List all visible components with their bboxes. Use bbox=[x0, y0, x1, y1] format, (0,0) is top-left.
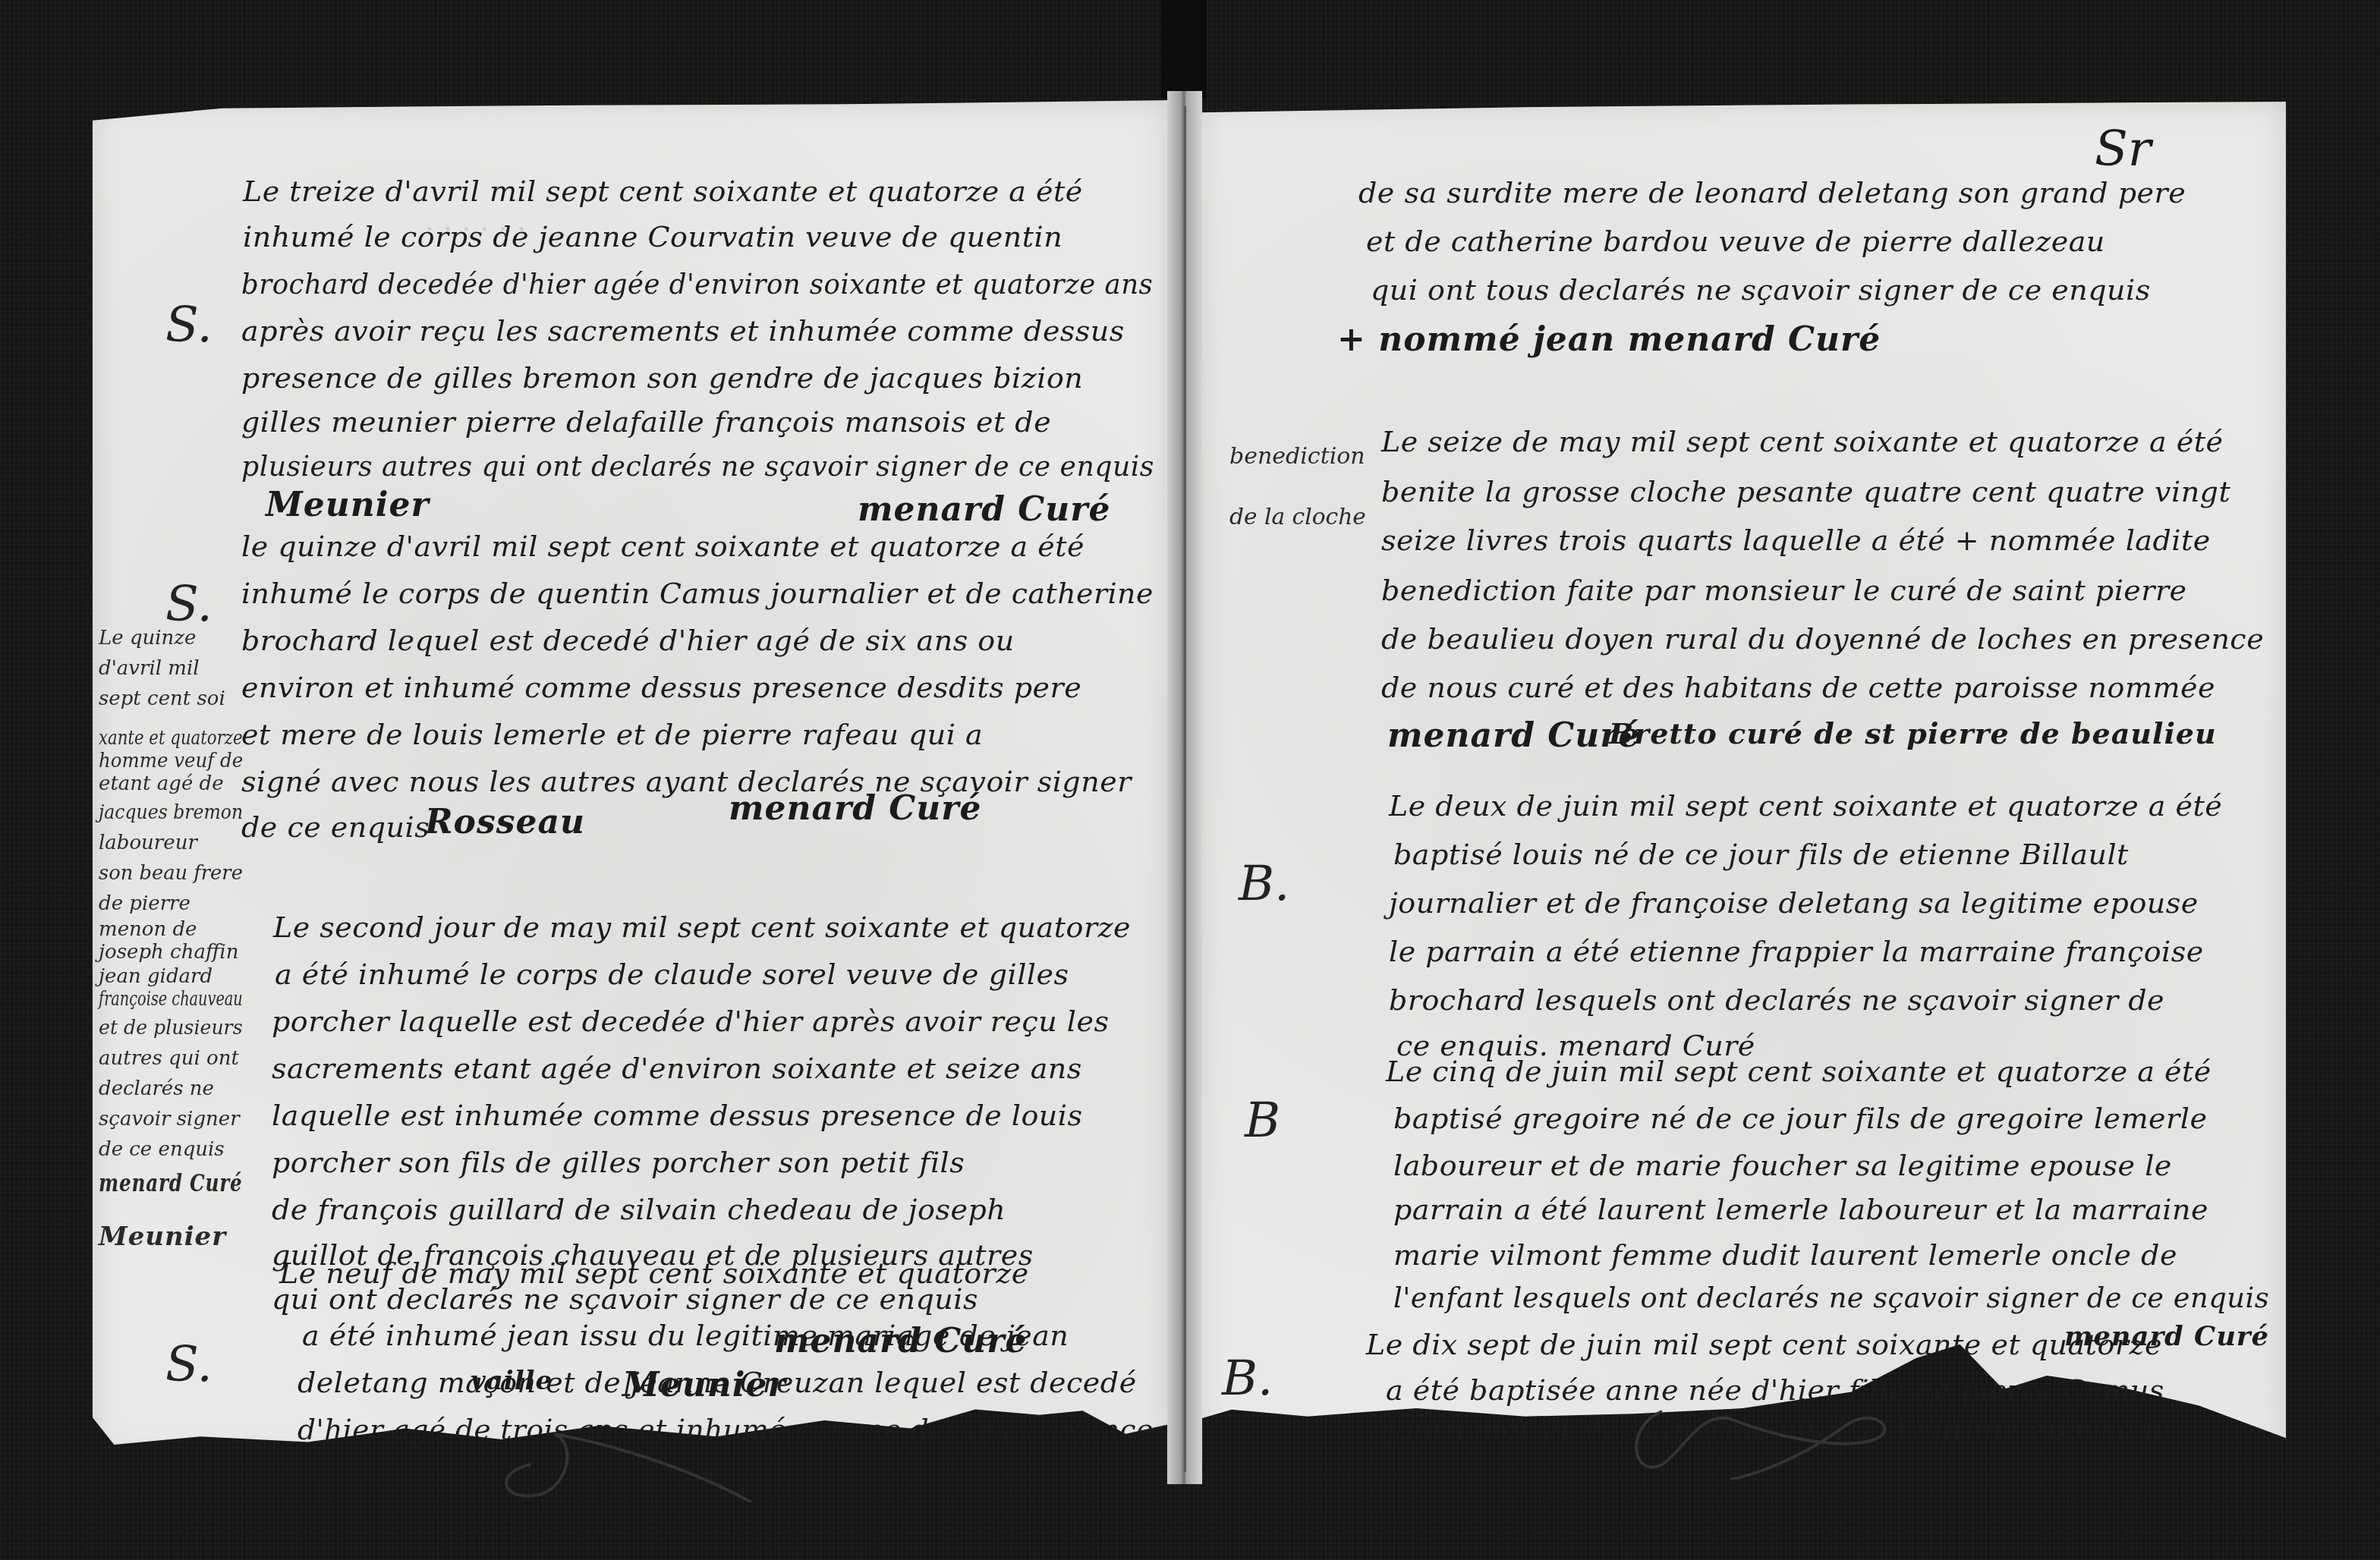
entry-line: le parrain a été etienne frappier la mar… bbox=[1389, 935, 2204, 968]
margin-note: joseph chaffin bbox=[99, 941, 238, 964]
signature-menard: menard Curé bbox=[729, 789, 982, 828]
gutter-fold bbox=[1184, 106, 1186, 1472]
entry-line: signé avec nous les autres ayant declaré… bbox=[241, 765, 1132, 798]
margin-note: jean gidard bbox=[99, 965, 212, 988]
entry-line: a été inhumé jean issu du legitime maria… bbox=[302, 1319, 1069, 1352]
entry-line: Le seize de may mil sept cent soixante e… bbox=[1381, 425, 2223, 458]
margin-letter-sepulture: S. bbox=[165, 1337, 212, 1393]
margin-note: autres qui ont bbox=[99, 1047, 239, 1070]
margin-note: declarés ne bbox=[99, 1077, 214, 1100]
entry-line: Le second jour de may mil sept cent soix… bbox=[273, 911, 1131, 944]
margin-note: laboureur bbox=[99, 832, 197, 854]
margin-signature-meunier: Meunier bbox=[99, 1222, 226, 1252]
entry-line-signature: + nommé jean menard Curé bbox=[1337, 320, 1881, 359]
entry-line: benediction faite par monsieur le curé d… bbox=[1381, 574, 2187, 607]
entry-line: Le deux de juin mil sept cent soixante e… bbox=[1389, 789, 2222, 822]
margin-note: et de plusieurs bbox=[99, 1017, 243, 1039]
closing-flourish-icon bbox=[1617, 1396, 1966, 1480]
entry-line: de nous curé et des habitans de cette pa… bbox=[1381, 671, 2215, 704]
entry-line: baptisé louis né de ce jour fils de etie… bbox=[1393, 838, 2129, 871]
folio-number: Sr bbox=[2095, 121, 2151, 178]
margin-note: de ce enquis bbox=[99, 1138, 225, 1161]
margin-letter-sepulture: S. bbox=[165, 577, 212, 633]
margin-note: etant agé de bbox=[99, 772, 224, 795]
signature-menard: menard Curé bbox=[1387, 716, 1641, 755]
entry-line: inhumé le corps de quentin Camus journal… bbox=[241, 577, 1154, 610]
entry-line: porcher son fils de gilles porcher son p… bbox=[272, 1146, 965, 1179]
entry-line: brochard lesquels ont declarés ne sçavoi… bbox=[1389, 983, 2164, 1017]
margin-letter-sepulture: S. bbox=[165, 297, 212, 354]
entry-line: de françois guillard de silvain chedeau … bbox=[272, 1193, 1006, 1226]
entry-line: benite la grosse cloche pesante quatre c… bbox=[1381, 475, 2230, 508]
margin-letter-bapteme: B bbox=[1245, 1093, 1280, 1149]
entry-line: seize livres trois quarts laquelle a été… bbox=[1381, 524, 2211, 557]
margin-note: sçavoir signer bbox=[99, 1108, 240, 1131]
margin-note: d'avril mil bbox=[99, 657, 200, 680]
binding-spine bbox=[1161, 0, 1207, 99]
entry-line: laboureur et de marie foucher sa legitim… bbox=[1393, 1149, 2172, 1182]
margin-note: sept cent soi bbox=[99, 687, 225, 710]
signature-rosseau: Rosseau bbox=[425, 803, 585, 841]
margin-letter-bapteme: B. bbox=[1239, 856, 1289, 912]
entry-line: après avoir reçu les sacrements et inhum… bbox=[241, 314, 1125, 348]
entry-line: de ce enquis bbox=[241, 810, 430, 844]
signature-menard: menard Curé bbox=[858, 490, 1111, 529]
entry-line: brochard lequel est decedé d'hier agé de… bbox=[241, 624, 1015, 657]
entry-line: et de catherine bardou veuve de pierre d… bbox=[1366, 225, 2105, 258]
entry-line: de beaulieu doyen rural du doyenné de lo… bbox=[1381, 622, 2264, 656]
entry-line: Le neuf de may mil sept cent soixante et… bbox=[279, 1256, 1029, 1290]
entry-line: laquelle est inhumée comme dessus presen… bbox=[272, 1099, 1082, 1132]
margin-note: Le quinze bbox=[99, 627, 196, 649]
entry-line: de sa surdite mere de leonard deletang s… bbox=[1358, 176, 2186, 209]
entry-line: inhumé le corps de jeanne Courvatin veuv… bbox=[243, 220, 1062, 253]
entry-line: a été inhumé le corps de claude sorel ve… bbox=[275, 958, 1069, 991]
margin-note: homme veuf de bbox=[99, 750, 243, 772]
margin-note-benediction: benediction bbox=[1229, 443, 1365, 470]
signature-bretto: Bretto curé de st pierre de beaulieu bbox=[1609, 716, 2217, 750]
margin-letter-bapteme: B. bbox=[1222, 1351, 1273, 1407]
entry-line: qui ont tous declarés ne sçavoir signer … bbox=[1371, 273, 2151, 307]
entry-line: gilles meunier pierre delafaille françoi… bbox=[241, 405, 1051, 439]
entry-line: brochard decedée d'hier agée d'environ s… bbox=[241, 267, 1153, 300]
margin-signature-menard: menard Curé bbox=[99, 1168, 243, 1197]
entry-line: sacrements etant agée d'environ soixante… bbox=[272, 1052, 1082, 1085]
entry-line: marie vilmont femme dudit laurent lemerl… bbox=[1393, 1238, 2177, 1272]
entry-line: plusieurs autres qui ont declarés ne sça… bbox=[241, 449, 1154, 483]
entry-line: journalier et de françoise deletang sa l… bbox=[1389, 886, 2199, 920]
margin-note-de-la-cloche: de la cloche bbox=[1229, 504, 1366, 530]
entry-line: porcher laquelle est decedée d'hier aprè… bbox=[272, 1005, 1110, 1038]
signature-meunier: Meunier bbox=[266, 486, 430, 524]
entry-line: l'enfant lesquels ont declarés ne sçavoi… bbox=[1393, 1281, 2269, 1314]
margin-note: de pierre bbox=[99, 892, 190, 915]
entry-line: parrain a été laurent lemerle laboureur … bbox=[1393, 1193, 2208, 1226]
closing-flourish-icon bbox=[486, 1411, 911, 1502]
entry-line: environ et inhumé comme dessus presence … bbox=[241, 671, 1081, 704]
entry-line: deletang maçon et de jeanne Creuzan lequ… bbox=[297, 1366, 1137, 1399]
entry-line: et mere de louis lemerle et de pierre ra… bbox=[241, 718, 983, 751]
entry-line: le quinze d'avril mil sept cent soixante… bbox=[241, 530, 1085, 563]
entry-line: Le cinq de juin mil sept cent soixante e… bbox=[1386, 1055, 2212, 1088]
margin-note: françoise chauveau bbox=[99, 988, 243, 1011]
entry-line: Le dix sept de juin mil sept cent soixan… bbox=[1366, 1328, 2162, 1361]
entry-line: presence de gilles bremon son gendre de … bbox=[241, 361, 1083, 395]
margin-note: jacques bremon bbox=[99, 801, 243, 824]
entry-line: Le treize d'avril mil sept cent soixante… bbox=[243, 175, 1083, 208]
margin-note: xante et quatorze bbox=[99, 727, 243, 750]
entry-line: baptisé gregoire né de ce jour fils de g… bbox=[1393, 1102, 2207, 1135]
margin-note: menon de bbox=[99, 918, 197, 941]
margin-note: son beau frere bbox=[99, 862, 243, 885]
